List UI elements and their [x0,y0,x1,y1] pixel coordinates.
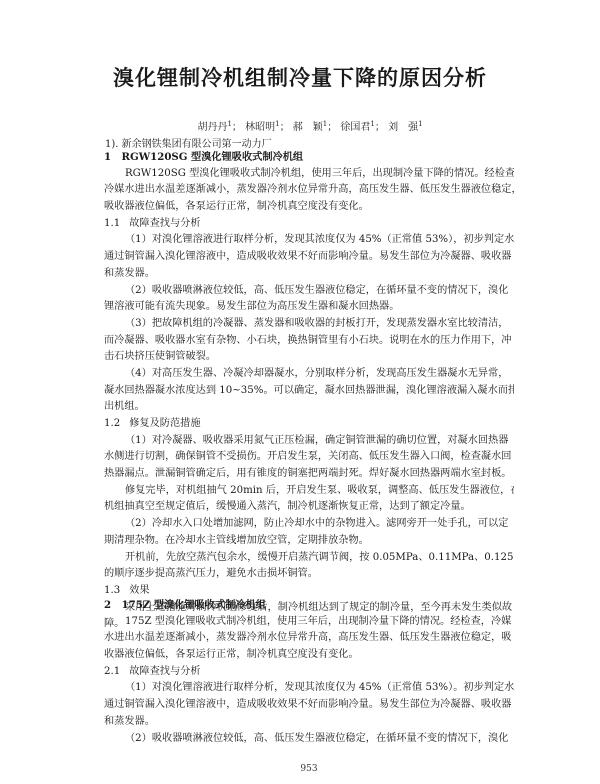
paragraph-line: 和蒸发器。 [104,714,514,731]
paper-title: 溴化锂制冷机组制冷量下降的原因分析 [0,62,600,92]
paragraph-line: 冷媒水进出水温差逐渐减小，蒸发器冷剂水位异常升高，高压发生器、低压发生器液位稳定… [104,182,514,199]
paragraph-line: （4）对高压发生器、冷凝冷却器凝水，分别取样分析，发现高压发生器凝水无异常， [104,366,514,383]
paragraph-line: 收器液位偏低，各泵运行正常，制冷机真空度没有变化。 [104,647,514,664]
author-list: 胡丹丹1； 林昭明1； 郝 颖1； 徐国君1； 刘 强1 [0,118,600,133]
paragraph-line: 锂溶液可能有流失现象。易发生部位为高压发生器和凝水回热器。 [104,299,514,316]
author: 刘 强1 [388,122,422,133]
paragraph-line: RGW120SG 型溴化锂吸收式制冷机组，使用三年后，出现制冷量下降的情况。经检… [104,166,514,183]
paragraph-line: 凝水回热器凝水浓度达到 10~35%。可以确定，凝水回热器泄漏，溴化锂溶液漏入凝… [104,383,514,400]
paragraph-line: 175Z 型溴化锂吸收式制冷机组，使用三年后，出现制冷量下降的情况。经检查，冷媒 [104,614,514,631]
paragraph-line: （2）吸收器喷淋液位较低，高、低压发生器液位稳定，在循环量不变的情况下，溴化 [104,283,514,300]
section-heading: 1 RGW120SG 型溴化锂吸收式制冷机组 [104,149,514,166]
section-heading: 2 175Z 型溴化锂吸收式制冷机组 [104,597,514,614]
paragraph-line: 开机前，先放空蒸汽包余水，缓慢开启蒸汽调节阀，按 0.05MPa、0.11MPa… [104,550,514,567]
paragraph-line: 而冷凝器、吸收器水室有杂物、小石块，换热铜管里有小石块。说明在水的压力作用下，冲 [104,333,514,350]
paragraph-line: 和蒸发器。 [104,266,514,283]
author: 胡丹丹1 [197,122,231,133]
author: 林昭明1 [245,122,279,133]
paragraph-line: 通过铜管漏入溴化锂溶液中，造成吸收效果不好而影响冷量。易发生部位为冷凝器、吸收器 [104,697,514,714]
subsection-heading: 1.1 故障查找与分析 [104,216,514,233]
subsection-heading: 2.1 故障查找与分析 [104,664,514,681]
document-page: 溴化锂制冷机组制冷量下降的原因分析 胡丹丹1； 林昭明1； 郝 颖1； 徐国君1… [0,0,600,784]
paragraph-line: （1）对溴化锂溶液进行取样分析，发现其浓度仅为 45%（正常值 53%）。初步判… [104,680,514,697]
paragraph-line: （3）把故障机组的冷凝器、蒸发器和吸收器的封板打开，发现蒸发器水室比较清洁， [104,316,514,333]
paragraph-line: 期清理杂物。在冷却水主管线增加放空管，定期排放杂物。 [104,533,514,550]
paragraph-line: （2）冷却水入口处增加滤网，防止冷却水中的杂物进入。滤网旁开一处手孔，可以定 [104,516,514,533]
subsection-heading: 1.2 修复及防范措施 [104,416,514,433]
section-1: 1 RGW120SG 型溴化锂吸收式制冷机组 RGW120SG 型溴化锂吸收式制… [104,149,514,633]
paragraph-line: 水进出水温差逐渐减小，蒸发器冷剂水位异常升高，高压发生器、低压发生器液位稳定，吸 [104,630,514,647]
page-number: 953 [0,764,600,774]
paragraph-line: （1）对冷凝器、吸收器采用氮气正压检漏，确定铜管泄漏的确切位置，对凝水回热器 [104,433,514,450]
paragraph-line: 出机组。 [104,399,514,416]
section-2: 2 175Z 型溴化锂吸收式制冷机组 175Z 型溴化锂吸收式制冷机组，使用三年… [104,597,514,747]
paragraph-line: 机组抽真空至规定值后，缓慢通入蒸汽，制冷机逐渐恢复正常，达到了额定冷量。 [104,499,514,516]
paragraph-line: 热器漏点。泄漏铜管确定后，用有锥度的铜塞把两端封死。焊好凝水回热器两端水室封板。 [104,466,514,483]
paragraph-line: 击石块挤压使铜管破裂。 [104,349,514,366]
paragraph-line: （1）对溴化锂溶液进行取样分析，发现其浓度仅为 45%（正常值 53%），初步判… [104,232,514,249]
affiliation: 1). 新余钢铁集团有限公司第一动力厂 [105,135,272,150]
paragraph-line: 修复完毕，对机组抽气 20min 后，开启发生泵、吸收泵，调整高、低压发生器液位… [104,483,514,500]
paragraph-line: 水侧进行切割，确保铜管不受损伤。开启发生泵，关闭高、低压发生器入口阀，检查凝水回 [104,449,514,466]
paragraph-line: （2）吸收器喷淋液位较低，高、低压发生器液位稳定，在循环量不变的情况下，溴化 [104,731,514,748]
paragraph-line: 通过铜管漏入溴化锂溶液中，造成吸收效果不好而影响冷量。易发生部位为冷凝器、吸收器 [104,249,514,266]
paragraph-line: 吸收器液位偏低，各泵运行正常，制冷机真空度没有变化。 [104,199,514,216]
author: 郝 颖1 [293,122,327,133]
author: 徐国君1 [340,122,374,133]
paragraph-line: 的顺序逐步提高蒸汽压力，避免水击损坏铜管。 [104,566,514,583]
